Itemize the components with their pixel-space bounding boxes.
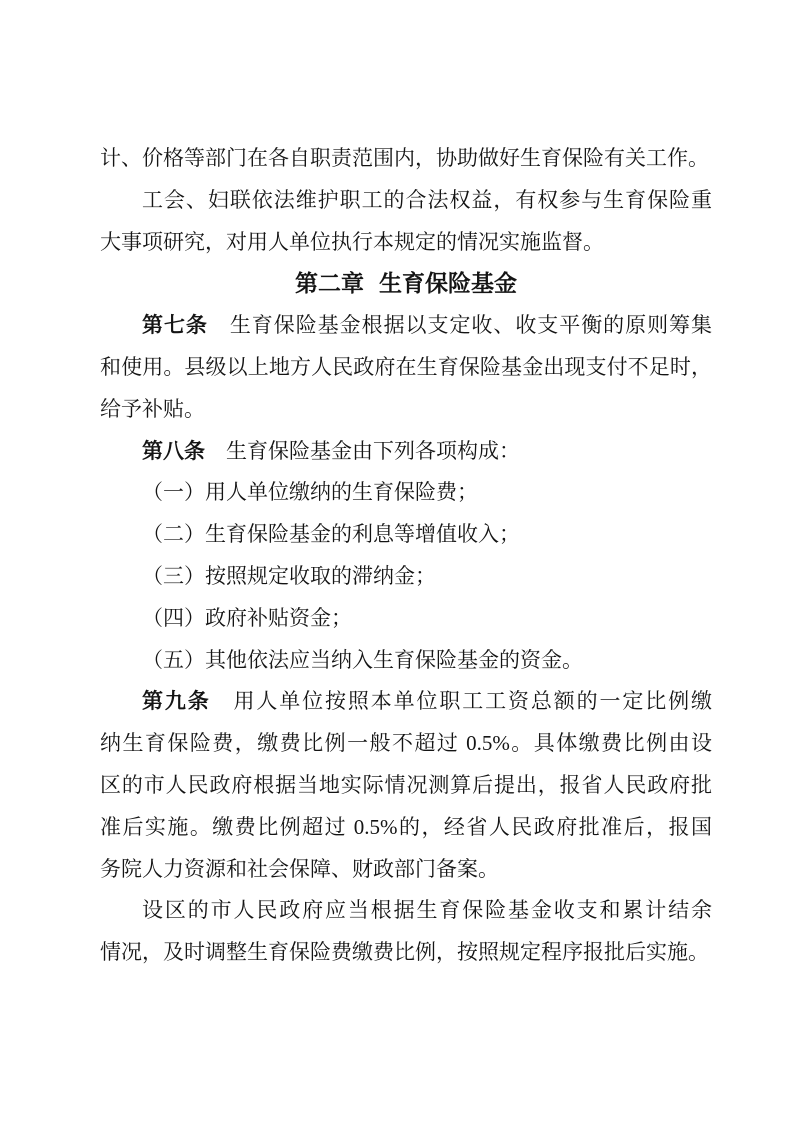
line-text: 计、价格等部门在各自职责范围内，协助做好生育保险有关工作。	[100, 146, 709, 170]
text-line: 第七条 生育保险基金根据以支定收、收支平衡的原则筹集	[100, 305, 712, 347]
text-line: 计、价格等部门在各自职责范围内，协助做好生育保险有关工作。	[100, 138, 712, 180]
line-text: （一）用人单位缴纳的生育保险费；	[142, 480, 478, 504]
text-line: 设区的市人民政府应当根据生育保险基金收支和累计结余	[100, 890, 712, 932]
text-line: 务院人力资源和社会保障、财政部门备案。	[100, 849, 712, 891]
line-text: 大事项研究，对用人单位执行本规定的情况实施监督。	[100, 230, 604, 254]
document-body: 计、价格等部门在各自职责范围内，协助做好生育保险有关工作。工会、妇联依法维护职工…	[100, 138, 712, 974]
text-line: （二）生育保险基金的利息等增值收入；	[100, 514, 712, 556]
chapter-heading: 第二章生育保险基金	[100, 263, 712, 305]
line-text: 准后实施。缴费比例超过 0.5%的，经省人民政府批准后，报国	[100, 815, 712, 839]
line-text: 生育保险基金根据以支定收、收支平衡的原则筹集	[208, 313, 712, 337]
chapter-title: 生育保险基金	[379, 270, 517, 296]
article-number: 第七条	[142, 314, 208, 337]
line-text: （三）按照规定收取的滞纳金；	[142, 564, 436, 588]
text-line: 区的市人民政府根据当地实际情况测算后提出，报省人民政府批	[100, 765, 712, 807]
article-number: 第九条	[142, 690, 211, 713]
text-line: 准后实施。缴费比例超过 0.5%的，经省人民政府批准后，报国	[100, 807, 712, 849]
text-line: 大事项研究，对用人单位执行本规定的情况实施监督。	[100, 222, 712, 264]
line-text: （四）政府补贴资金；	[142, 606, 352, 630]
text-line: 工会、妇联依法维护职工的合法权益，有权参与生育保险重	[100, 180, 712, 222]
line-text: 设区的市人民政府应当根据生育保险基金收支和累计结余	[142, 898, 712, 922]
text-line: （一）用人单位缴纳的生育保险费；	[100, 472, 712, 514]
line-text: 情况，及时调整生育保险费缴费比例，按照规定程序报批后实施。	[100, 940, 709, 964]
text-line: 第八条 生育保险基金由下列各项构成：	[100, 431, 712, 473]
text-line: 纳生育保险费，缴费比例一般不超过 0.5%。具体缴费比例由设	[100, 723, 712, 765]
line-text: 工会、妇联依法维护职工的合法权益，有权参与生育保险重	[142, 188, 712, 212]
text-line: （四）政府补贴资金；	[100, 598, 712, 640]
text-line: 和使用。县级以上地方人民政府在生育保险基金出现支付不足时，	[100, 347, 712, 389]
text-line: （五）其他依法应当纳入生育保险基金的资金。	[100, 640, 712, 682]
line-text: （二）生育保险基金的利息等增值收入；	[142, 522, 520, 546]
text-line: 第九条 用人单位按照本单位职工工资总额的一定比例缴	[100, 681, 712, 723]
article-number: 第八条	[142, 440, 205, 463]
line-text: 和使用。县级以上地方人民政府在生育保险基金出现支付不足时，	[100, 355, 712, 379]
chapter-number: 第二章	[295, 270, 364, 296]
text-line: 情况，及时调整生育保险费缴费比例，按照规定程序报批后实施。	[100, 932, 712, 974]
text-line: 给予补贴。	[100, 389, 712, 431]
line-text: 用人单位按照本单位职工工资总额的一定比例缴	[211, 689, 712, 713]
line-text: 给予补贴。	[100, 397, 205, 421]
line-text: 区的市人民政府根据当地实际情况测算后提出，报省人民政府批	[100, 773, 712, 797]
line-text: 务院人力资源和社会保障、财政部门备案。	[100, 857, 499, 881]
line-text: 生育保险基金由下列各项构成：	[205, 439, 520, 463]
document-page: 计、价格等部门在各自职责范围内，协助做好生育保险有关工作。工会、妇联依法维护职工…	[0, 0, 793, 1122]
line-text: 纳生育保险费，缴费比例一般不超过 0.5%。具体缴费比例由设	[100, 731, 712, 755]
line-text: （五）其他依法应当纳入生育保险基金的资金。	[142, 648, 583, 672]
text-line: （三）按照规定收取的滞纳金；	[100, 556, 712, 598]
